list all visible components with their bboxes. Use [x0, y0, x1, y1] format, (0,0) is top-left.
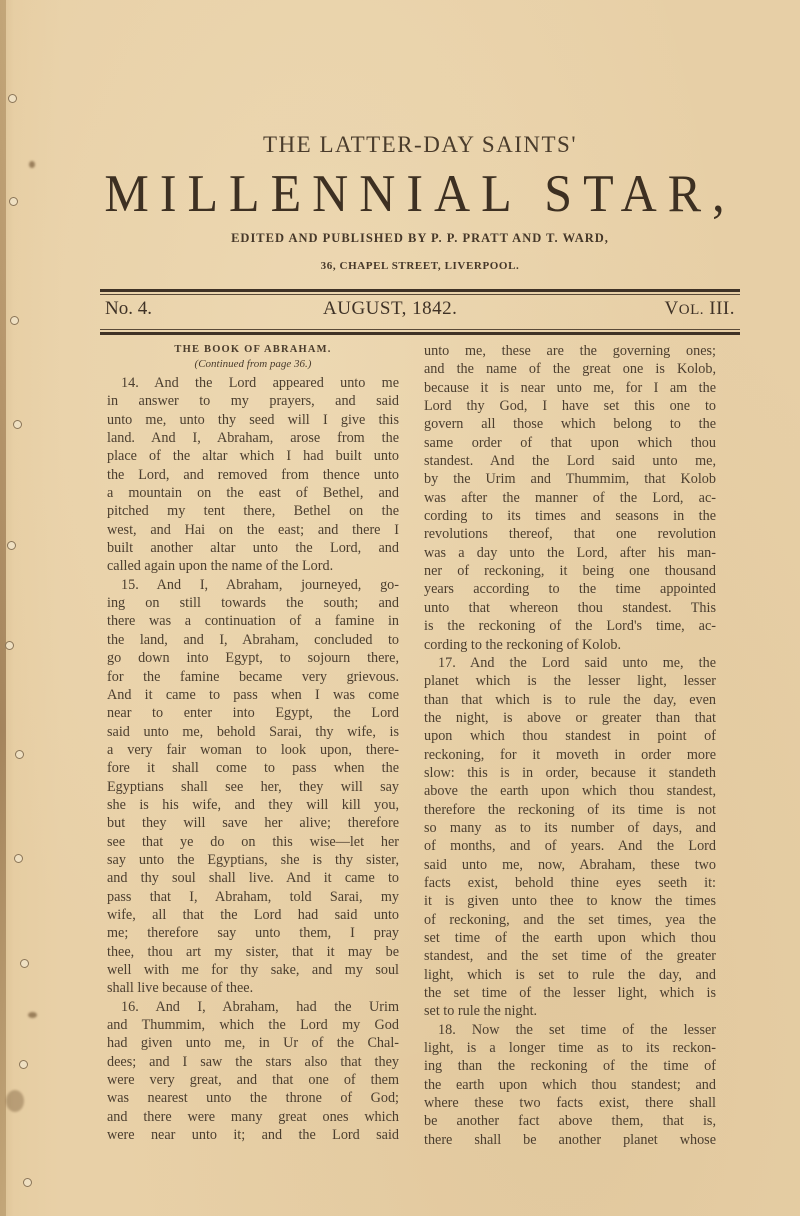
text-line: were near unto it; and the Lord said	[107, 1126, 399, 1144]
issue-date: AUGUST, 1842.	[323, 298, 457, 320]
text-line: standest. And the Lord said unto me,	[424, 452, 716, 470]
ink-stain	[29, 161, 35, 168]
text-line: set to rule the night.	[424, 1002, 716, 1020]
text-line: revolutions thereof, that one revolution	[424, 525, 716, 543]
left-column-text: 14. And the Lord appeared unto mein answ…	[107, 374, 399, 1144]
text-line: see that ye do on this wise—let her	[107, 833, 399, 851]
masthead-address: 36, CHAPEL STREET, LIVERPOOL.	[100, 260, 740, 272]
text-line: by the Urim and Thummim, that Kolob	[424, 470, 716, 488]
issue-number: No. 4.	[105, 298, 152, 320]
text-line: a very fair woman to look upon, there-	[107, 741, 399, 759]
text-line: And it came to pass when I was come	[107, 686, 399, 704]
text-line: shall live because of thee.	[107, 979, 399, 997]
text-line: cording to its times and seasons in the	[424, 507, 716, 525]
binding-hole	[9, 197, 18, 206]
text-line: light, which is set to rule the day, and	[424, 966, 716, 984]
text-line: ing on still towards the south; and	[107, 594, 399, 612]
binding-edge	[0, 0, 6, 1216]
text-line: set time of the earth upon which thou	[424, 929, 716, 947]
text-line: light, is a longer time as to its reckon…	[424, 1039, 716, 1057]
text-line: had given unto me, in Ur of the Chal-	[107, 1034, 399, 1052]
top-rule-thick	[100, 289, 740, 292]
ink-stain	[6, 1090, 24, 1112]
text-line: the Lord, and removed from thence unto	[107, 466, 399, 484]
text-line: of reckoning, and the set times, yea the	[424, 911, 716, 929]
text-line: unto that whereon thou standest. This	[424, 599, 716, 617]
article-column-right: unto me, these are the governing ones;an…	[424, 342, 716, 1149]
text-line: built another altar unto the Lord, and	[107, 539, 399, 557]
binding-hole	[19, 1060, 28, 1069]
issue-volume: VOL. III.	[665, 298, 735, 320]
text-line: therefore the reckoning of its time is n…	[424, 801, 716, 819]
article-heading: THE BOOK OF ABRAHAM.	[107, 342, 399, 357]
masthead-title: MILLENNIAL STAR,	[100, 163, 740, 224]
binding-hole	[8, 94, 17, 103]
text-line: upon which thou standest in point of	[424, 727, 716, 745]
text-line: and Thummim, which the Lord my God	[107, 1016, 399, 1034]
text-line: dees; and I saw the stars also that they	[107, 1053, 399, 1071]
text-line: ner of reckoning, it being one thousand	[424, 562, 716, 580]
issue-bar: No. 4. AUGUST, 1842. VOL. III.	[105, 298, 735, 324]
text-line: go down into Egypt, to sojourn there,	[107, 649, 399, 667]
text-line: because it is near unto me, for I am the	[424, 379, 716, 397]
text-line: unto me, unto thy seed will I give this	[107, 411, 399, 429]
text-line: the set time of the lesser light, which …	[424, 984, 716, 1002]
text-line: so many as to its number of days, and	[424, 819, 716, 837]
binding-hole	[15, 750, 24, 759]
text-line: was nearest unto the throne of God;	[107, 1089, 399, 1107]
article-subheading: (Continued from page 36.)	[107, 357, 399, 374]
text-line: of months, and of years. And the Lord	[424, 837, 716, 855]
article-column-left: THE BOOK OF ABRAHAM. (Continued from pag…	[107, 342, 399, 1144]
text-line: was after the manner of the Lord, ac-	[424, 489, 716, 507]
text-line: 17. And the Lord said unto me, the	[424, 654, 716, 672]
text-line: 16. And I, Abraham, had the Urim	[107, 998, 399, 1016]
text-line: for the famine became very grievous.	[107, 668, 399, 686]
volume-smallcaps: OL.	[679, 302, 704, 318]
bottom-rule-thin	[100, 329, 740, 330]
binding-hole	[20, 959, 29, 968]
binding-hole	[10, 316, 19, 325]
text-line: but they will save her alive; therefore	[107, 814, 399, 832]
text-line: said unto me, behold Sarai, thy wife, is	[107, 723, 399, 741]
text-line: called again upon the name of the Lord.	[107, 557, 399, 575]
text-line: govern all those which belong to the	[424, 415, 716, 433]
text-line: Lord thy God, I have set this one to	[424, 397, 716, 415]
text-line: planet which is the lesser light, lesser	[424, 672, 716, 690]
text-line: reckoning, for it moveth in order more	[424, 746, 716, 764]
text-line: 18. Now the set time of the lesser	[424, 1021, 716, 1039]
text-line: pass that I, Abraham, told Sarai, my	[107, 888, 399, 906]
text-line: facts exist, behold thine eyes seeth it:	[424, 874, 716, 892]
text-line: ing than the reckoning of the time of	[424, 1057, 716, 1075]
text-line: and there were many great ones which	[107, 1108, 399, 1126]
text-line: years according to the time appointed	[424, 580, 716, 598]
text-line: were very great, and that one of them	[107, 1071, 399, 1089]
text-line: is the reckoning of the Lord's time, ac-	[424, 617, 716, 635]
text-line: slow: this is in order, because it stand…	[424, 764, 716, 782]
text-line: well with me for thy sake, and my soul	[107, 961, 399, 979]
volume-prefix: V	[665, 298, 679, 319]
text-line: in answer to my prayers, and said	[107, 392, 399, 410]
text-line: the earth upon which thou standest; and	[424, 1076, 716, 1094]
text-line: than that which is to rule the day, even	[424, 691, 716, 709]
text-line: and the name of the great one is Kolob,	[424, 360, 716, 378]
text-line: 15. And I, Abraham, journeyed, go-	[107, 576, 399, 594]
text-line: where these two facts exist, there shall	[424, 1094, 716, 1112]
text-line: the night, is above or greater than that	[424, 709, 716, 727]
text-line: thee, thou art my sister, that it may be	[107, 943, 399, 961]
text-line: me; therefore say unto them, I pray	[107, 924, 399, 942]
top-rule-thin	[100, 294, 740, 295]
text-line: pitched my tent there, Bethel on the	[107, 502, 399, 520]
binding-hole	[23, 1178, 32, 1187]
binding-hole	[14, 854, 23, 863]
text-line: 14. And the Lord appeared unto me	[107, 374, 399, 392]
text-line: above the earth upon which thou standest…	[424, 782, 716, 800]
text-line: be another fact above them, that is,	[424, 1112, 716, 1130]
text-line: and thy soul shall live. And it came to	[107, 869, 399, 887]
ink-stain	[28, 1012, 37, 1018]
binding-hole	[7, 541, 16, 550]
binding-hole	[5, 641, 14, 650]
text-line: a mountain on the east of Bethel, and	[107, 484, 399, 502]
text-line: Egyptians shall see her, they will say	[107, 778, 399, 796]
bottom-rule-thick	[100, 332, 740, 335]
text-line: west, and Hai on the east; and there I	[107, 521, 399, 539]
text-line: same order of that upon which thou	[424, 434, 716, 452]
text-line: standest, and the set time of the greate…	[424, 947, 716, 965]
text-line: it is given unto thee to know the times	[424, 892, 716, 910]
text-line: cording to the reckoning of Kolob.	[424, 636, 716, 654]
text-line: fore it shall come to pass when the	[107, 759, 399, 777]
text-line: land. And I, Abraham, arose from the	[107, 429, 399, 447]
text-line: she is his wife, and they will kill you,	[107, 796, 399, 814]
volume-number: III.	[704, 298, 735, 319]
text-line: place of the altar which I had built unt…	[107, 447, 399, 465]
text-line: there was a continuation of a famine in	[107, 612, 399, 630]
text-line: near to enter into Egypt, the Lord	[107, 704, 399, 722]
right-column-text: unto me, these are the governing ones;an…	[424, 342, 716, 1149]
binding-hole	[13, 420, 22, 429]
masthead-subtitle: THE LATTER-DAY SAINTS'	[100, 132, 740, 158]
text-line: was a day unto the Lord, after his man-	[424, 544, 716, 562]
text-line: the land, and I, Abraham, concluded to	[107, 631, 399, 649]
text-line: say unto the Egyptians, she is thy siste…	[107, 851, 399, 869]
text-line: there shall be another planet whose	[424, 1131, 716, 1149]
text-line: unto me, these are the governing ones;	[424, 342, 716, 360]
masthead-editors: EDITED AND PUBLISHED BY P. P. PRATT AND …	[100, 231, 740, 246]
text-line: said unto me, now, Abraham, these two	[424, 856, 716, 874]
text-line: wife, all that the Lord had said unto	[107, 906, 399, 924]
scanned-page: THE LATTER-DAY SAINTS' MILLENNIAL STAR, …	[0, 0, 800, 1216]
